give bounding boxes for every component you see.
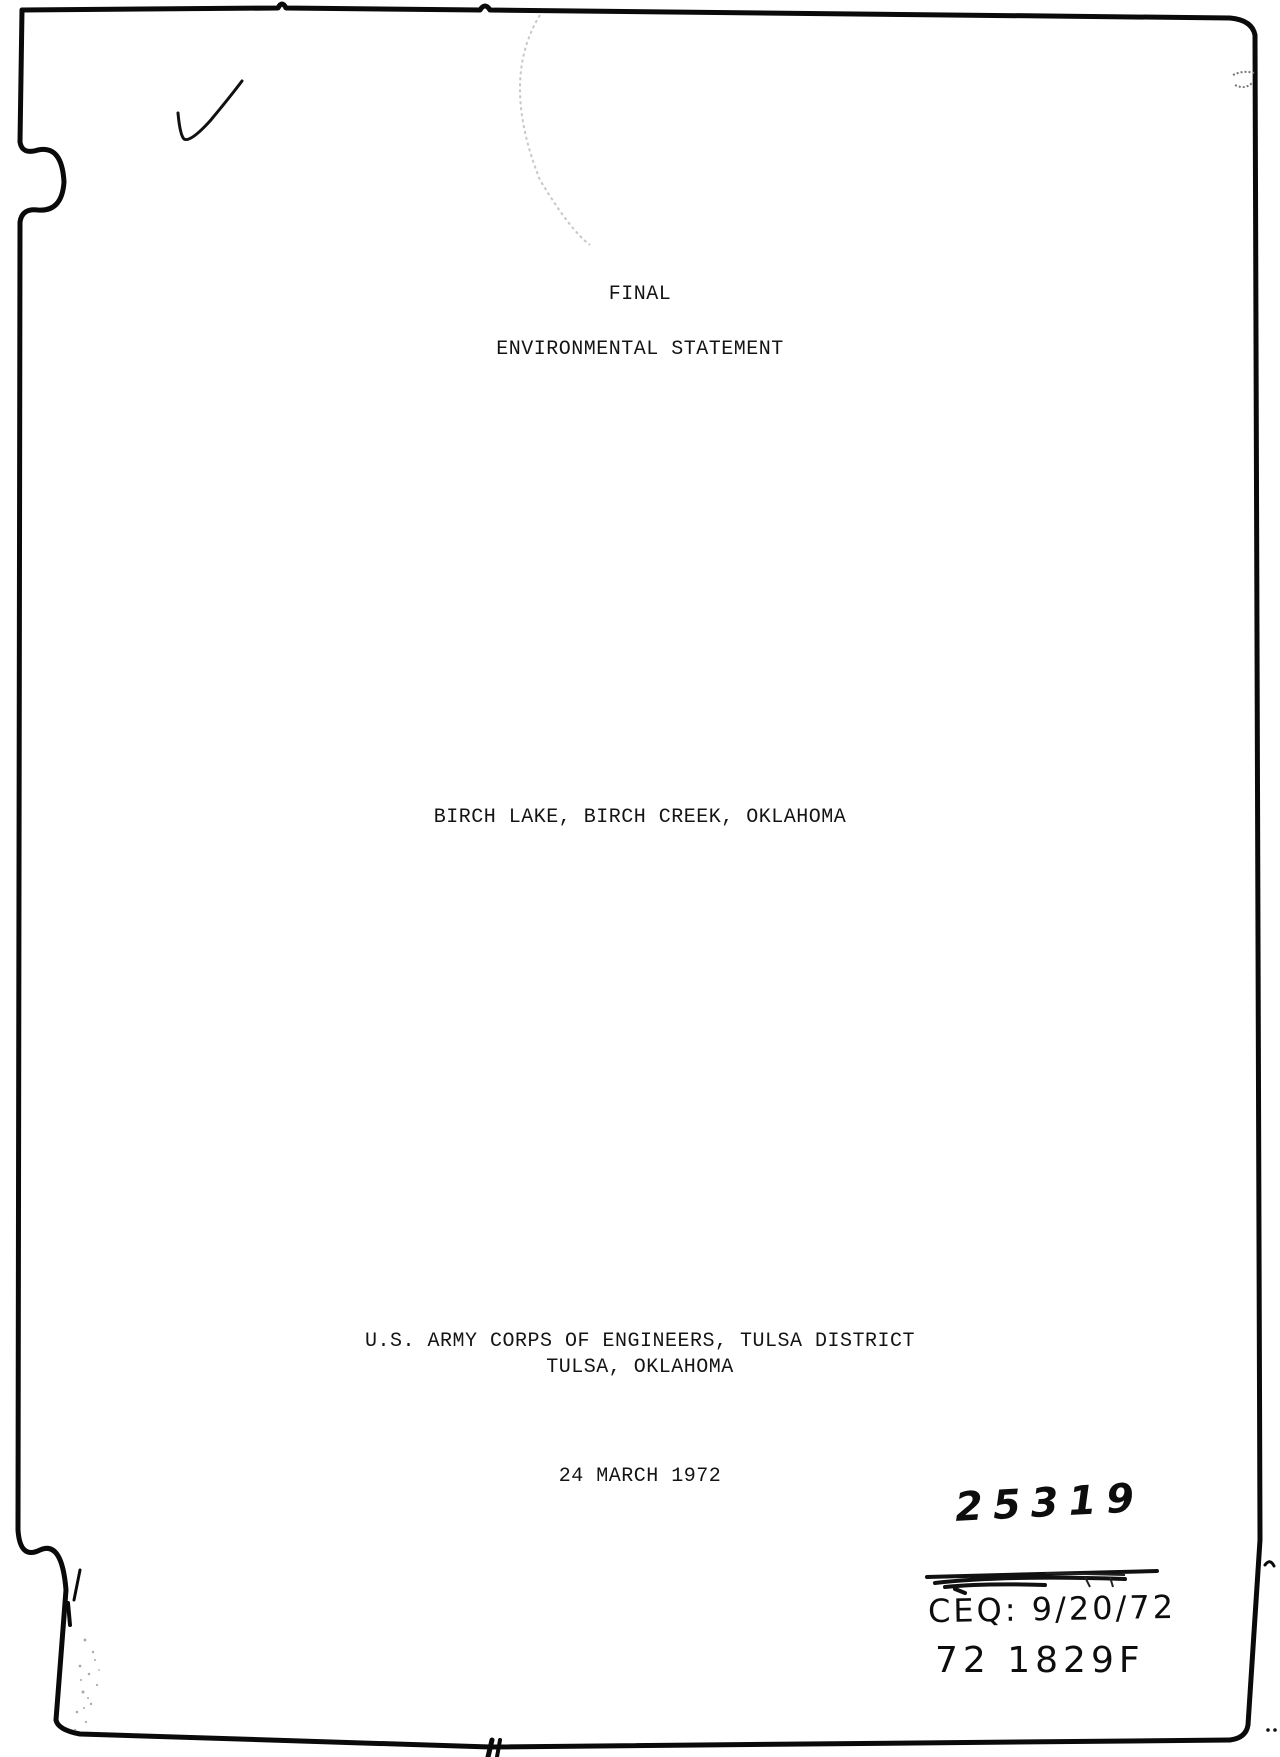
scan-smudge (55, 1600, 125, 1750)
title-environmental-statement: ENVIRONMENTAL STATEMENT (0, 338, 1280, 361)
title-final: FINAL (0, 283, 1280, 306)
agency-name: U.S. ARMY CORPS OF ENGINEERS, TULSA DIST… (0, 1330, 1280, 1353)
handwritten-accession-number: 72 1829F (935, 1640, 1145, 1681)
project-name: BIRCH LAKE, BIRCH CREEK, OKLAHOMA (0, 806, 1280, 829)
check-mark-icon (170, 75, 270, 155)
handwritten-case-number: 25319 (954, 1475, 1145, 1531)
handwritten-ceq-date: CEQ: 9/20/72 (928, 1588, 1177, 1630)
agency-location: TULSA, OKLAHOMA (0, 1356, 1280, 1379)
